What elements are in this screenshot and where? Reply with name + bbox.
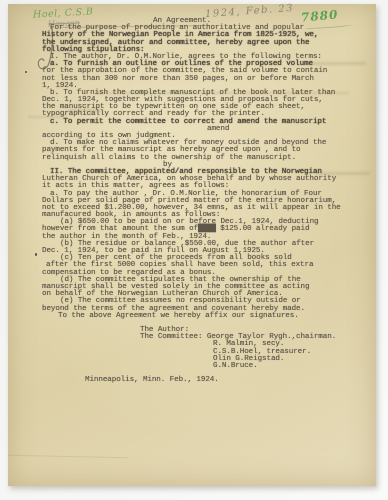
typed-line: G.N.Bruce. bbox=[213, 363, 378, 370]
typed-line: amend bbox=[207, 126, 378, 133]
typed-line: To the above Agreement we hereby affix o… bbox=[58, 313, 378, 320]
typed-line bbox=[42, 320, 378, 327]
pencil-dot bbox=[35, 253, 37, 256]
pencil-dot bbox=[25, 71, 27, 73]
typed-line: Minneapolis, Minn. Feb., 1924. bbox=[85, 377, 378, 384]
typed-body: An Agreement.For the purpose of producin… bbox=[42, 18, 378, 385]
paper-crease bbox=[8, 455, 128, 459]
document-paper: Hoel, C.S.B Hougen 1924, Feb. 23 7880 An… bbox=[8, 4, 376, 486]
typed-line: relinquish all claims to the ownership o… bbox=[42, 155, 378, 162]
typed-line: not less than 300 nor more than 350 page… bbox=[42, 76, 378, 83]
